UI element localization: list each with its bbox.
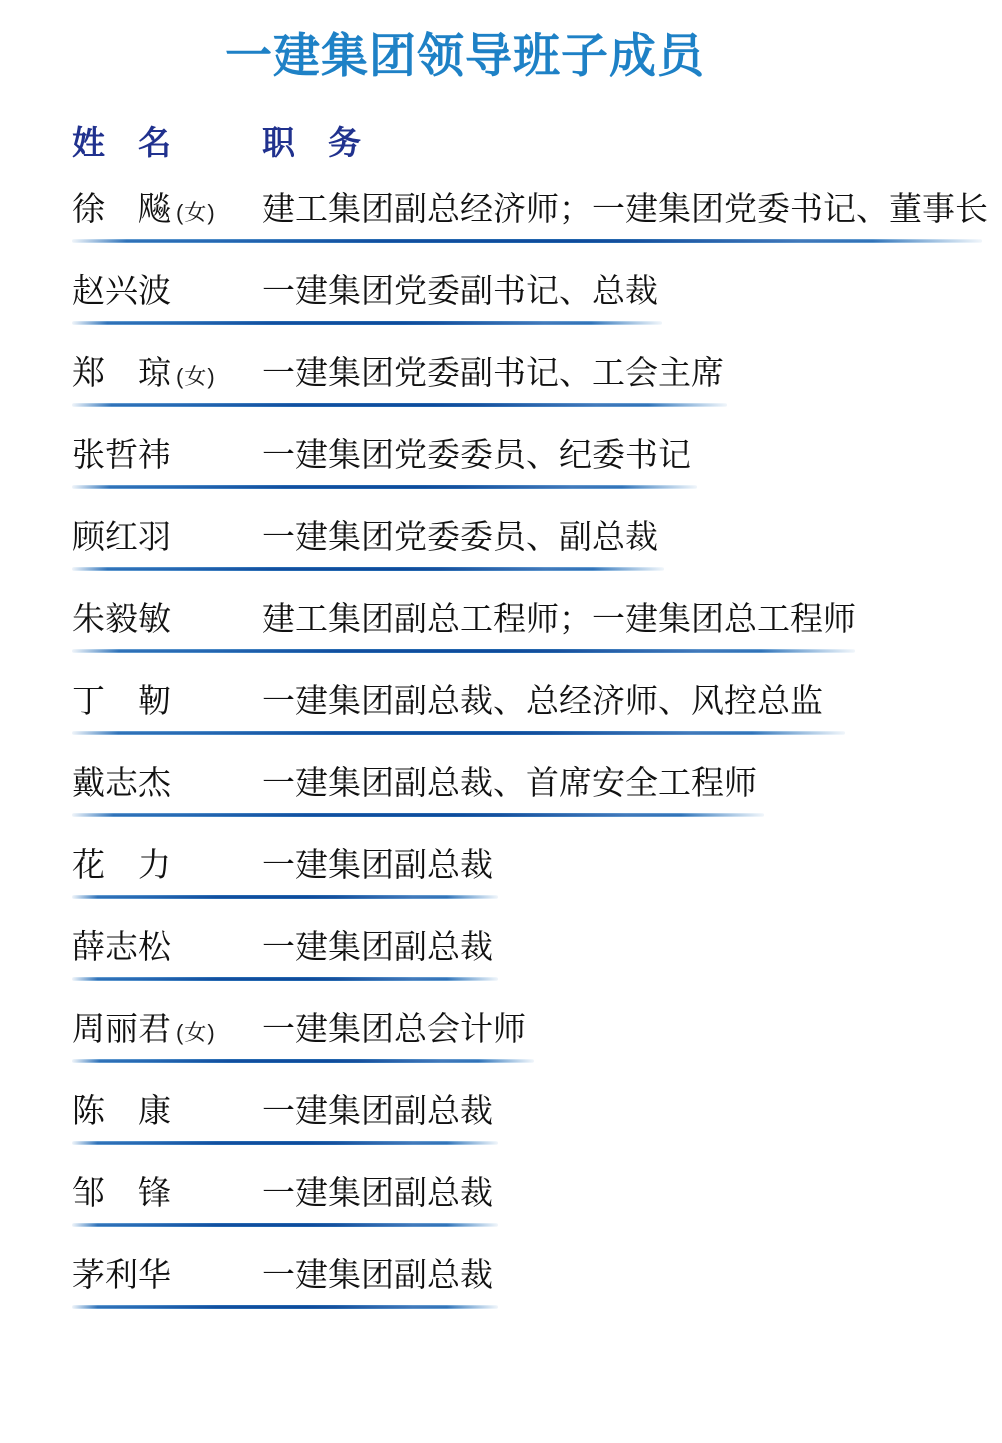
page-title: 一建集团领导班子成员 <box>36 30 894 82</box>
gender-note: (女) <box>176 195 216 231</box>
member-name: 赵兴波 <box>72 273 171 309</box>
member-position: 一建集团副总裁 <box>262 929 1002 965</box>
member-row: 徐 飚 (女) 建工集团副总经济师；一建集团党委书记、董事长 <box>72 191 1002 243</box>
member-list: 徐 飚 (女) 建工集团副总经济师；一建集团党委书记、董事长 赵兴波 一建集团党… <box>72 191 1002 1309</box>
member-row: 朱毅敏 建工集团副总工程师；一建集团总工程师 <box>72 601 1002 653</box>
member-position: 一建集团副总裁 <box>262 1175 1002 1211</box>
row-divider <box>72 567 664 571</box>
member-name: 薛志松 <box>72 929 171 965</box>
row-divider <box>72 485 697 489</box>
member-name: 丁 靭 <box>72 683 171 719</box>
member-position: 一建集团副总裁、首席安全工程师 <box>262 765 1002 801</box>
position-column-header: 职 务 <box>262 126 361 159</box>
member-position: 建工集团副总工程师；一建集团总工程师 <box>262 601 1002 637</box>
row-divider <box>72 239 982 243</box>
member-row: 郑 琼 (女) 一建集团党委副书记、工会主席 <box>72 355 1002 407</box>
member-position: 一建集团副总裁 <box>262 1257 1002 1293</box>
member-name: 茅利华 <box>72 1257 171 1293</box>
row-divider <box>72 1059 534 1063</box>
member-name: 戴志杰 <box>72 765 171 801</box>
row-divider <box>72 731 845 735</box>
member-position: 一建集团党委委员、副总裁 <box>262 519 1002 555</box>
member-position: 一建集团总会计师 <box>262 1011 1002 1047</box>
member-position: 一建集团党委副书记、工会主席 <box>262 355 1002 391</box>
member-row: 周丽君 (女) 一建集团总会计师 <box>72 1011 1002 1063</box>
member-name: 徐 飚 <box>72 191 171 227</box>
row-divider <box>72 1305 498 1309</box>
name-column-header: 姓 名 <box>72 126 262 159</box>
member-row: 茅利华 一建集团副总裁 <box>72 1257 1002 1309</box>
member-name: 花 力 <box>72 847 171 883</box>
member-name: 朱毅敏 <box>72 601 171 637</box>
member-name: 陈 康 <box>72 1093 171 1129</box>
row-divider <box>72 895 498 899</box>
row-divider <box>72 1141 498 1145</box>
column-headers: 姓 名 职 务 <box>72 126 1002 159</box>
row-divider <box>72 977 498 981</box>
row-divider <box>72 649 855 653</box>
member-row: 张哲祎 一建集团党委委员、纪委书记 <box>72 437 1002 489</box>
member-position: 一建集团副总裁 <box>262 1093 1002 1129</box>
member-name: 周丽君 <box>72 1011 171 1047</box>
member-row: 薛志松 一建集团副总裁 <box>72 929 1002 981</box>
member-position: 一建集团党委委员、纪委书记 <box>262 437 1002 473</box>
member-row: 丁 靭 一建集团副总裁、总经济师、风控总监 <box>72 683 1002 735</box>
row-divider <box>72 813 764 817</box>
member-row: 陈 康 一建集团副总裁 <box>72 1093 1002 1145</box>
row-divider <box>72 321 662 325</box>
member-row: 顾红羽 一建集团党委委员、副总裁 <box>72 519 1002 571</box>
member-row: 邹 锋 一建集团副总裁 <box>72 1175 1002 1227</box>
member-name: 顾红羽 <box>72 519 171 555</box>
member-row: 花 力 一建集团副总裁 <box>72 847 1002 899</box>
member-position: 一建集团副总裁 <box>262 847 1002 883</box>
member-name: 张哲祎 <box>72 437 171 473</box>
gender-note: (女) <box>176 1015 216 1051</box>
document-page: 一建集团领导班子成员 姓 名 职 务 徐 飚 (女) 建工集团副总经济师；一建集… <box>0 0 1002 1443</box>
member-row: 赵兴波 一建集团党委副书记、总裁 <box>72 273 1002 325</box>
member-row: 戴志杰 一建集团副总裁、首席安全工程师 <box>72 765 1002 817</box>
member-position: 一建集团党委副书记、总裁 <box>262 273 1002 309</box>
member-position: 建工集团副总经济师；一建集团党委书记、董事长 <box>262 191 1002 227</box>
member-name: 郑 琼 <box>72 355 171 391</box>
row-divider <box>72 1223 498 1227</box>
row-divider <box>72 403 727 407</box>
member-position: 一建集团副总裁、总经济师、风控总监 <box>262 683 1002 719</box>
member-name: 邹 锋 <box>72 1175 171 1211</box>
gender-note: (女) <box>176 359 216 395</box>
